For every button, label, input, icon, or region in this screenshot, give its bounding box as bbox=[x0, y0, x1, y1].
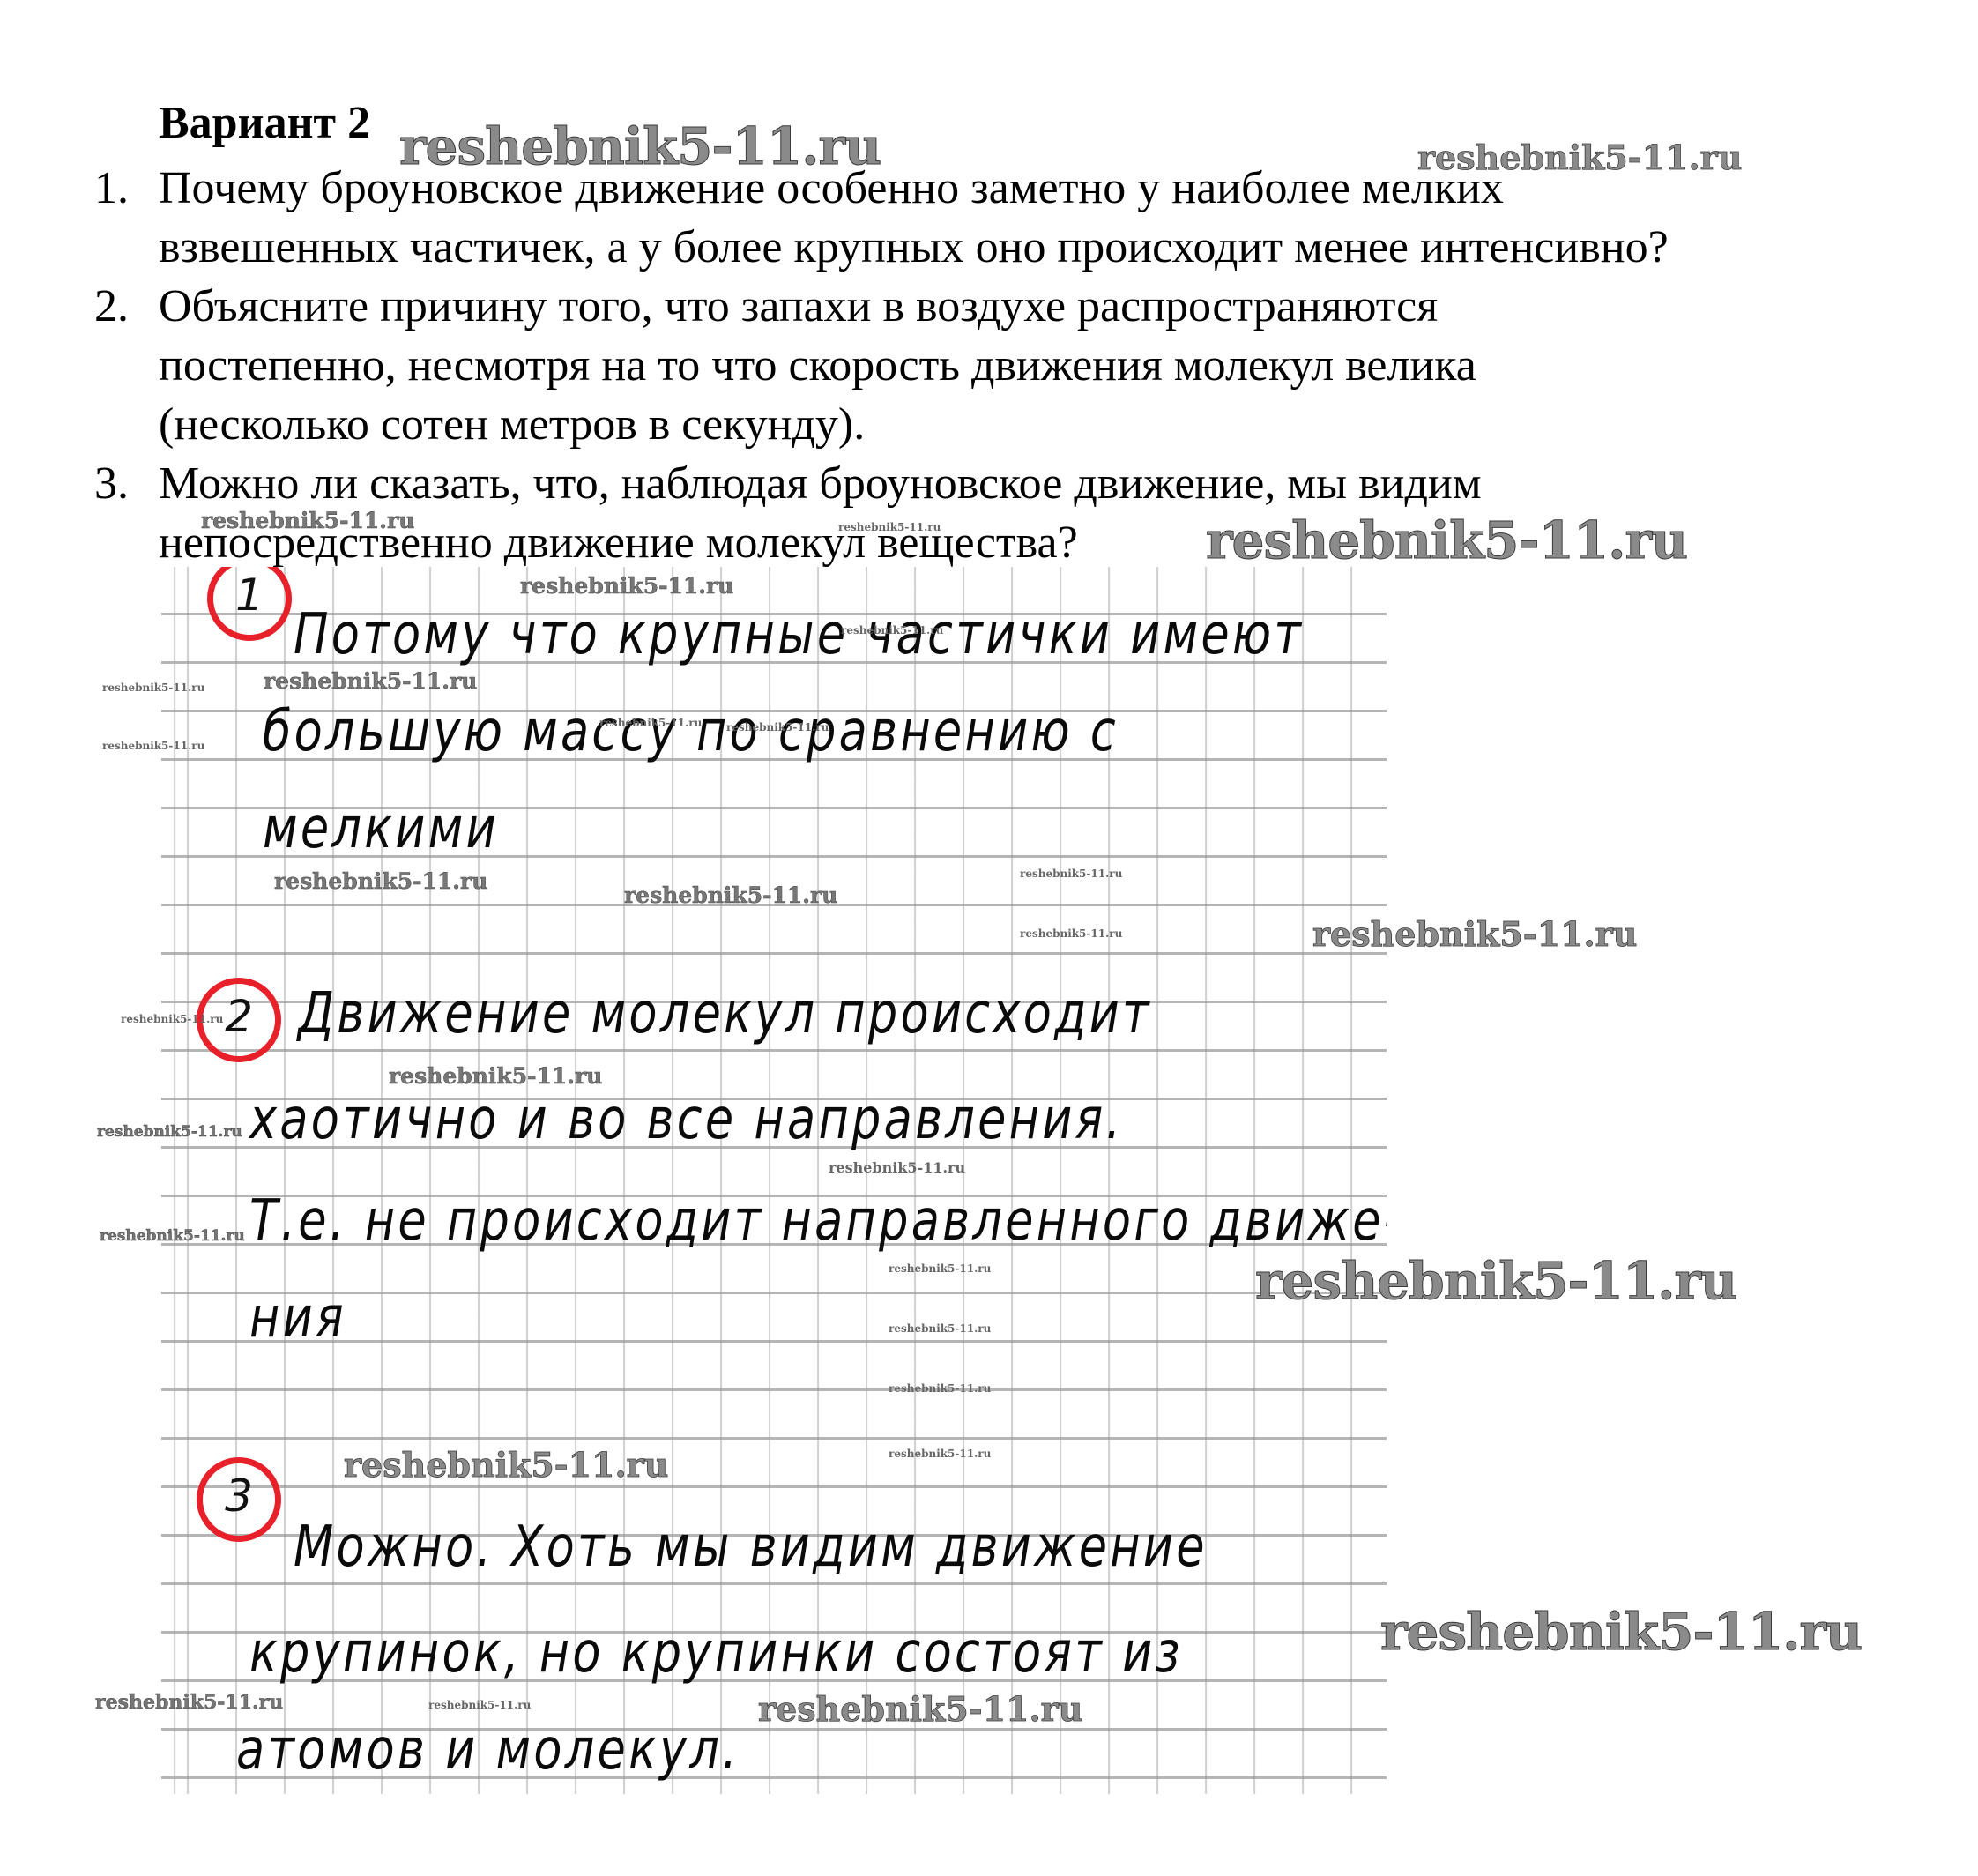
watermark: reshebnik5-11.ru bbox=[1380, 1606, 1862, 1657]
watermark: reshebnik5-11.ru bbox=[274, 870, 487, 892]
answer-text: Т.е. не происходит направленного движе- bbox=[249, 1188, 1387, 1254]
watermark: reshebnik5-11.ru bbox=[520, 575, 733, 597]
watermark: reshebnik5-11.ru bbox=[344, 1448, 668, 1482]
question-number: 2. bbox=[94, 284, 129, 330]
answer-text: мелкими bbox=[263, 796, 499, 861]
watermark: reshebnik5-11.ru bbox=[95, 1693, 283, 1712]
watermark: reshebnik5-11.ru bbox=[121, 1014, 223, 1024]
watermark: reshebnik5-11.ru bbox=[399, 121, 881, 172]
question-text: Можно ли сказать, что, наблюдая броуновс… bbox=[159, 461, 1482, 507]
watermark: reshebnik5-11.ru bbox=[201, 510, 414, 532]
question-number: 1. bbox=[94, 166, 129, 212]
answer-marker-number: 3 bbox=[203, 1470, 275, 1522]
watermark: reshebnik5-11.ru bbox=[1312, 918, 1637, 951]
watermark: reshebnik5-11.ru bbox=[599, 718, 702, 728]
answer-sheet-grid: 1 Потому что крупные частички имеют боль… bbox=[161, 567, 1387, 1794]
question-text: постепенно, несмотря на то что скорость … bbox=[159, 343, 1476, 389]
watermark: reshebnik5-11.ru bbox=[889, 1263, 991, 1274]
answer-text: крупинок, но крупинки состоят из bbox=[249, 1620, 1183, 1686]
watermark: reshebnik5-11.ru bbox=[264, 670, 477, 692]
watermark: reshebnik5-11.ru bbox=[1020, 928, 1122, 939]
watermark: reshebnik5-11.ru bbox=[889, 1323, 991, 1334]
answer-text: ния bbox=[249, 1285, 346, 1351]
answer-marker-number: 1 bbox=[213, 569, 286, 621]
question-text: взвешенных частичек, а у более крупных о… bbox=[159, 225, 1669, 271]
watermark: reshebnik5-11.ru bbox=[389, 1065, 602, 1087]
answer-marker-circle: 1 bbox=[207, 567, 292, 641]
watermark: reshebnik5-11.ru bbox=[841, 625, 943, 636]
answer-marker-circle: 3 bbox=[197, 1457, 281, 1542]
watermark: reshebnik5-11.ru bbox=[1255, 1255, 1736, 1306]
watermark: reshebnik5-11.ru bbox=[838, 522, 941, 532]
watermark: reshebnik5-11.ru bbox=[1417, 141, 1742, 175]
question-text: (несколько сотен метров в секунду). bbox=[159, 402, 865, 448]
answer-text: атомов и молекул. bbox=[236, 1717, 740, 1783]
watermark: reshebnik5-11.ru bbox=[889, 1383, 991, 1394]
watermark: reshebnik5-11.ru bbox=[726, 722, 829, 733]
answer-text: Движение молекул происходит bbox=[298, 981, 1152, 1046]
answer-text: Можно. Хоть мы видим движение bbox=[294, 1515, 1208, 1580]
watermark: reshebnik5-11.ru bbox=[100, 1229, 245, 1244]
watermark: reshebnik5-11.ru bbox=[758, 1693, 1082, 1726]
page-title: Вариант 2 bbox=[159, 100, 370, 146]
watermark: reshebnik5-11.ru bbox=[889, 1448, 991, 1459]
watermark: reshebnik5-11.ru bbox=[102, 741, 204, 751]
answer-text: Потому что крупные частички имеют bbox=[294, 602, 1304, 667]
watermark: reshebnik5-11.ru bbox=[428, 1700, 531, 1710]
watermark: reshebnik5-11.ru bbox=[102, 682, 204, 693]
answer-text: большую массу по сравнению с bbox=[263, 699, 1119, 764]
question-text: Объясните причину того, что запахи в воз… bbox=[159, 284, 1438, 330]
answer-text: хаотично и во все направления. bbox=[249, 1087, 1123, 1152]
watermark: reshebnik5-11.ru bbox=[1020, 868, 1122, 879]
question-number: 3. bbox=[94, 461, 129, 507]
watermark: reshebnik5-11.ru bbox=[1206, 515, 1687, 566]
watermark: reshebnik5-11.ru bbox=[829, 1161, 965, 1175]
watermark: reshebnik5-11.ru bbox=[624, 884, 837, 906]
watermark: reshebnik5-11.ru bbox=[97, 1125, 242, 1140]
